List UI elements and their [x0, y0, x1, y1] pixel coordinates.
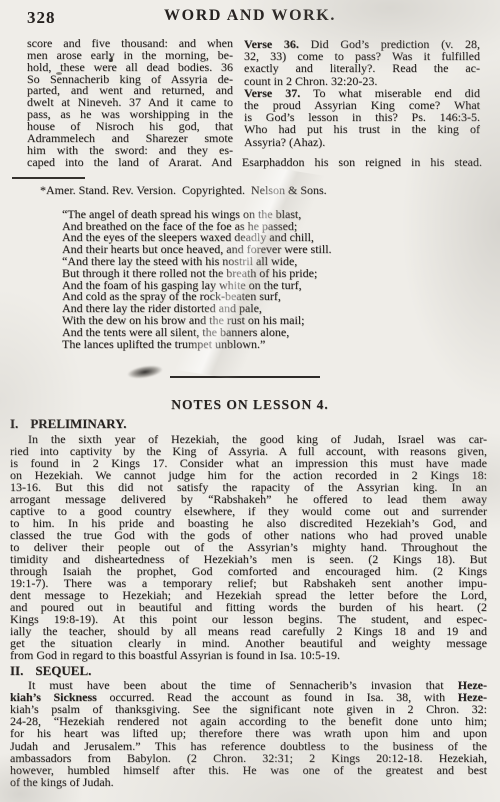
section-title: PRELIMINARY. — [30, 416, 126, 431]
page-header: 328 WORD AND WORK. — [0, 0, 500, 31]
page-number: 328 — [27, 8, 56, 28]
section-number: II. — [10, 663, 23, 678]
questions-column-right: Verse 36. Did God’s prediction (v. 28,32… — [244, 38, 480, 156]
question-line: Assyria? (Ahaz). — [244, 136, 480, 148]
section-preliminary: I.PRELIMINARY. In the sixth year of Heze… — [10, 417, 487, 661]
notes-heading: NOTES ON LESSON 4. — [0, 398, 500, 412]
notes-line: from God in regard to this boastful Assy… — [10, 650, 487, 662]
section-heading-preliminary: I.PRELIMINARY. — [10, 417, 487, 430]
poem-block: “The angel of death spread his wings on … — [62, 209, 500, 351]
section-sequel: II.SEQUEL. It must have been about the t… — [10, 664, 487, 789]
scanned-page: 328 WORD AND WORK. score and five thousa… — [0, 0, 500, 802]
publication-title: WORD AND WORK. — [0, 7, 500, 25]
notes-divider-rule — [170, 376, 320, 378]
section-heading-sequel: II.SEQUEL. — [10, 664, 487, 677]
section-title: SEQUEL. — [35, 663, 91, 678]
poem-line: The lances uplifted the trumpet unblown.… — [62, 339, 500, 351]
scripture-continuation-line: caped into the land of Ararat. And Esarp… — [27, 157, 482, 169]
footnote-text: *Amer. Stand. Rev. Version. Copyrighted.… — [40, 184, 500, 197]
section-number: I. — [10, 416, 18, 431]
ink-blob-artifact — [126, 363, 163, 380]
notes-line: of the kings of Judah. — [10, 776, 487, 788]
scripture-column-left: score and five thousand: and whenmen aro… — [27, 38, 233, 156]
scripture-section: score and five thousand: and whenmen aro… — [27, 38, 480, 156]
section-body-preliminary: In the sixth year of Hezekiah, the good … — [10, 434, 487, 661]
footnote-rule — [12, 177, 85, 179]
section-body-sequel: It must have been about the time of Senn… — [10, 679, 487, 789]
